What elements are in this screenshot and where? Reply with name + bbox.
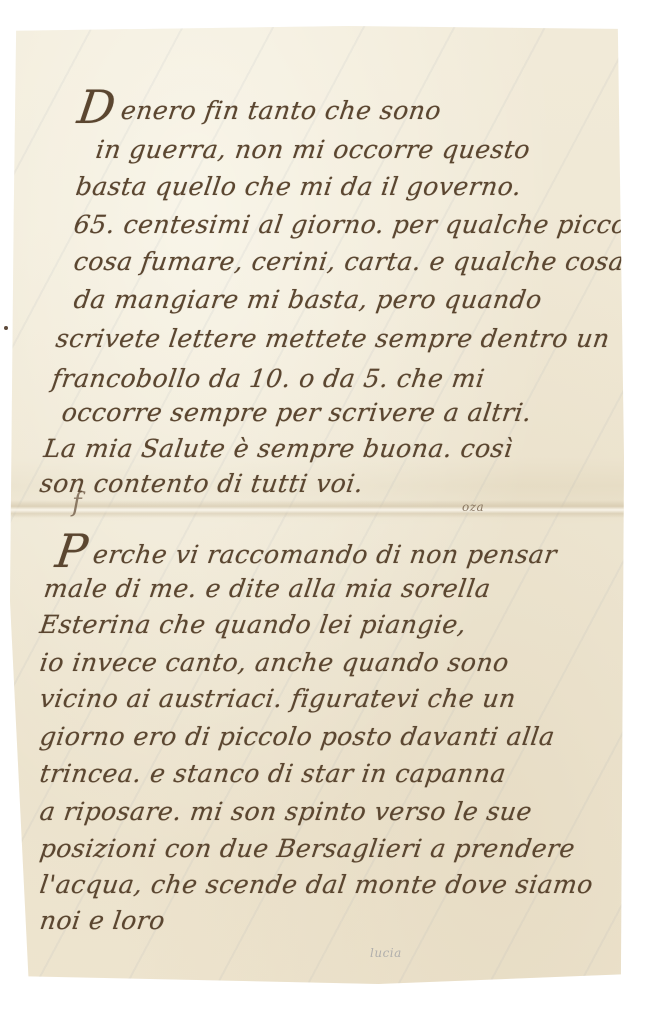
drop-cap-initial: D xyxy=(74,80,119,134)
letter-line-6: da mangiare mi basta, pero quando xyxy=(72,285,544,315)
scanned-letter-page: Denero fin tanto che sono in guerra, non… xyxy=(0,0,652,1024)
letter-line-18: trincea. e stanco di star in capanna xyxy=(38,759,508,789)
letter-line-8: francobollo da 10. o da 5. che mi xyxy=(50,364,487,394)
fold-mark-left: f xyxy=(72,488,82,518)
letter-line-17: giorno ero di piccolo posto davanti alla xyxy=(38,722,557,752)
letter-line-13: male di me. e dite alla mia sorella xyxy=(42,574,493,604)
fold-mark-right: oza xyxy=(462,500,484,514)
letter-line-20: posizioni con due Bersaglieri a prendere xyxy=(38,834,577,864)
ink-speck xyxy=(4,326,8,330)
letter-line-4: 65. centesimi al giorno. per qualche pic… xyxy=(72,210,652,240)
letter-line-7: scrivete lettere mettete sempre dentro u… xyxy=(54,324,612,354)
faint-pencil-note: lucia xyxy=(370,946,402,960)
letter-line-12: Perche vi raccomando di non pensar xyxy=(54,536,560,570)
letter-line-5: cosa fumare, cerini, carta. e qualche co… xyxy=(72,247,626,277)
letter-line-2: in guerra, non mi occorre questo xyxy=(94,135,532,165)
letter-line-3: basta quello che mi da il governo. xyxy=(74,172,524,202)
letter-body: Denero fin tanto che sono in guerra, non… xyxy=(10,26,624,984)
letter-line-1: Denero fin tanto che sono xyxy=(76,92,444,126)
letter-line-16: vicino ai austriaci. figuratevi che un xyxy=(38,684,518,714)
letter-sheet: Denero fin tanto che sono in guerra, non… xyxy=(10,26,624,984)
letter-line-15: io invece canto, anche quando sono xyxy=(38,648,511,678)
letter-line-11: son contento di tutti voi. xyxy=(38,469,366,499)
letter-line-19: a riposare. mi son spinto verso le sue xyxy=(38,797,534,827)
letter-line-10: La mia Salute è sempre buona. così xyxy=(42,434,515,464)
drop-cap-initial: P xyxy=(52,524,91,578)
letter-line-22: noi e loro xyxy=(38,906,167,936)
letter-line-9: occorre sempre per scrivere a altri. xyxy=(60,398,534,428)
letter-line-21: l'acqua, che scende dal monte dove siamo xyxy=(38,870,595,900)
letter-line-14: Esterina che quando lei piangie, xyxy=(38,610,468,640)
